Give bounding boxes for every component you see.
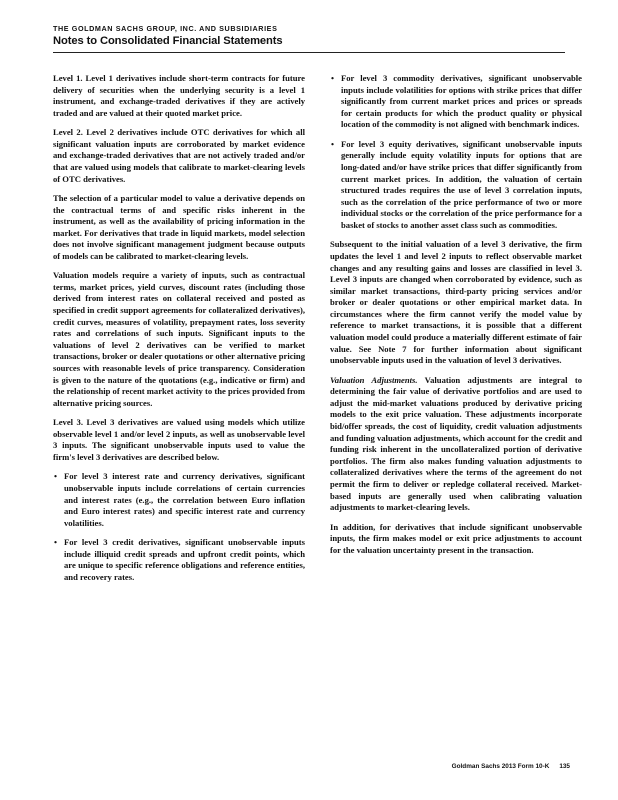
page-number: 135 — [559, 763, 570, 770]
page-footer: Goldman Sachs 2013 Form 10-K135 — [420, 763, 570, 770]
paragraph-valuation-inputs: Valuation models require a variety of in… — [53, 270, 305, 409]
list-item: • For level 3 interest rate and currency… — [53, 471, 305, 529]
paragraph-level-3: Level 3. Level 3 derivatives are valued … — [53, 417, 305, 463]
left-column: Level 1. Level 1 derivatives include sho… — [53, 73, 305, 591]
paragraph-valuation-adjustments: Valuation Adjustments. Valuation adjustm… — [330, 375, 582, 514]
list-item-text: For level 3 commodity derivatives, signi… — [341, 73, 582, 129]
header-rule — [53, 52, 565, 53]
level-3-input-list: • For level 3 interest rate and currency… — [53, 471, 305, 583]
list-item-text: For level 3 equity derivatives, signific… — [341, 139, 582, 230]
page-header: The Goldman Sachs Group, Inc. and Subsid… — [53, 24, 305, 48]
valuation-adjustments-term: Valuation Adjustments. — [330, 375, 418, 385]
paragraph-level-1: Level 1. Level 1 derivatives include sho… — [53, 73, 305, 119]
paragraph-model-adjustments: In addition, for derivatives that includ… — [330, 522, 582, 557]
paragraph-model-selection: The selection of a particular model to v… — [53, 193, 305, 263]
paragraph-subsequent-valuation: Subsequent to the initial valuation of a… — [330, 239, 582, 367]
page-title: Notes to Consolidated Financial Statemen… — [53, 34, 305, 48]
right-column: • For level 3 commodity derivatives, sig… — [330, 73, 582, 564]
footer-text: Goldman Sachs 2013 Form 10-K — [452, 763, 550, 770]
list-item-text: For level 3 interest rate and currency d… — [64, 471, 305, 527]
bullet-icon: • — [331, 73, 334, 85]
list-item: • For level 3 equity derivatives, signif… — [330, 139, 582, 232]
company-name: The Goldman Sachs Group, Inc. and Subsid… — [53, 24, 305, 34]
valuation-adjustments-text: Valuation adjustments are integral to de… — [330, 375, 582, 513]
bullet-icon: • — [54, 537, 57, 549]
bullet-icon: • — [331, 139, 334, 151]
list-item: • For level 3 credit derivatives, signif… — [53, 537, 305, 583]
bullet-icon: • — [54, 471, 57, 483]
list-item-text: For level 3 credit derivatives, signific… — [64, 537, 305, 582]
list-item: • For level 3 commodity derivatives, sig… — [330, 73, 582, 131]
level-3-input-list-continued: • For level 3 commodity derivatives, sig… — [330, 73, 582, 232]
paragraph-level-2: Level 2. Level 2 derivatives include OTC… — [53, 127, 305, 185]
